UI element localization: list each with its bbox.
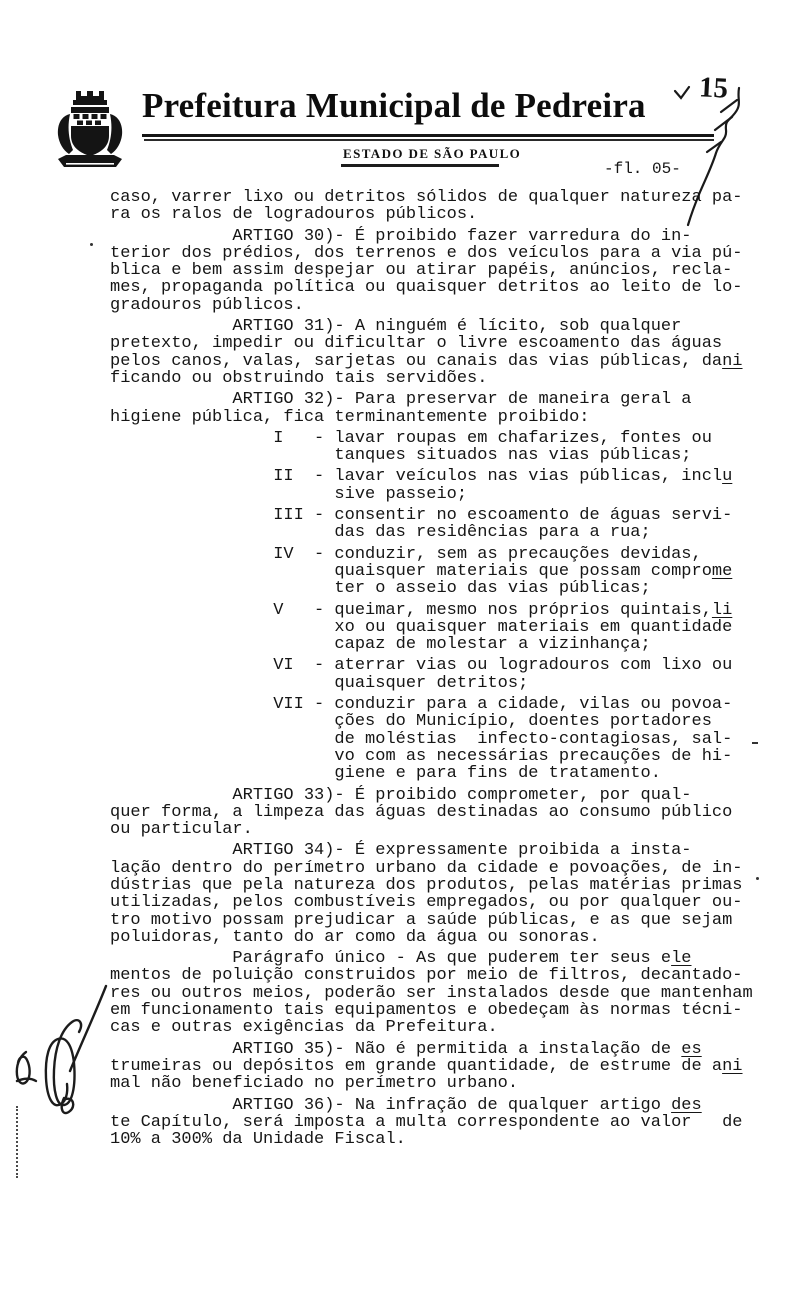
doc-line: utilizadas, pelos combustíveis empregado…	[110, 894, 753, 911]
doc-line: mentos de poluição construidos por meio …	[110, 967, 753, 984]
dotted-margin-line	[16, 1106, 18, 1178]
doc-line: 10% a 300% da Unidade Fiscal.	[110, 1131, 753, 1148]
letterhead-state-rule	[341, 164, 499, 167]
doc-line: ARTIGO 35)- Não é permitida a instalação…	[110, 1041, 753, 1058]
doc-line: lação dentro do perímetro urbano da cida…	[110, 860, 753, 877]
doc-line: ou particular.	[110, 821, 753, 838]
doc-line: gradouros públicos.	[110, 297, 753, 314]
doc-line: ARTIGO 36)- Na infração de qualquer arti…	[110, 1097, 753, 1114]
doc-line: ficando ou obstruindo tais servidões.	[110, 370, 753, 387]
doc-line: ARTIGO 33)- É proibido comprometer, por …	[110, 787, 753, 804]
doc-line: VII - conduzir para a cidade, vilas ou p…	[110, 696, 753, 713]
doc-line: xo ou quaisquer materiais em quantidade	[110, 619, 753, 636]
doc-line: ARTIGO 30)- É proibido fazer varredura d…	[110, 228, 753, 245]
doc-line: vo com as necessárias precauções de hi-	[110, 748, 753, 765]
doc-line: I - lavar roupas em chafarizes, fontes o…	[110, 430, 753, 447]
doc-line: II - lavar veículos nas vias públicas, i…	[110, 468, 753, 485]
artigo-34: ARTIGO 34)- É expressamente proibida a i…	[110, 842, 753, 946]
doc-line: cas e outras exigências da Prefeitura.	[110, 1019, 753, 1036]
doc-line: III - consentir no escoamento de águas s…	[110, 507, 753, 524]
artigo-33: ARTIGO 33)- É proibido comprometer, por …	[110, 787, 753, 839]
document-body: caso, varrer lixo ou detritos sólidos de…	[110, 189, 753, 1152]
doc-line: mes, propaganda política ou quaisquer de…	[110, 279, 753, 296]
doc-line: ARTIGO 31)- A ninguém é lícito, sob qual…	[110, 318, 753, 335]
item-ii: II - lavar veículos nas vias públicas, i…	[110, 468, 753, 503]
doc-line: VI - aterrar vias ou logradouros com lix…	[110, 657, 753, 674]
scanned-document-page: Prefeitura Municipal de Pedreira ESTADO …	[0, 0, 800, 1302]
scan-speck	[752, 742, 758, 744]
doc-line: tro motivo possam prejudicar a saúde púb…	[110, 912, 753, 929]
item-i: I - lavar roupas em chafarizes, fontes o…	[110, 430, 753, 465]
doc-line: das das residências para a rua;	[110, 524, 753, 541]
item-v: V - queimar, mesmo nos próprios quintais…	[110, 602, 753, 654]
doc-line: mal não beneficiado no perímetro urbano.	[110, 1075, 753, 1092]
doc-line: quaisquer materiais que possam comprome	[110, 563, 753, 580]
doc-line: sive passeio;	[110, 486, 753, 503]
doc-line: ra os ralos de logradouros públicos.	[110, 206, 753, 223]
continuation-paragraph: caso, varrer lixo ou detritos sólidos de…	[110, 189, 753, 224]
doc-line: blica e bem assim despejar ou atirar pap…	[110, 262, 753, 279]
artigo-35: ARTIGO 35)- Não é permitida a instalação…	[110, 1041, 753, 1093]
scan-speck	[90, 243, 93, 246]
doc-line: em funcionamento tais equipamentos e obe…	[110, 1002, 753, 1019]
item-iii: III - consentir no escoamento de águas s…	[110, 507, 753, 542]
doc-line: ARTIGO 34)- É expressamente proibida a i…	[110, 842, 753, 859]
doc-line: quer forma, a limpeza das águas destinad…	[110, 804, 753, 821]
artigo-36: ARTIGO 36)- Na infração de qualquer arti…	[110, 1097, 753, 1149]
doc-line: higiene pública, fica terminantemente pr…	[110, 409, 753, 426]
artigo-32: ARTIGO 32)- Para preservar de maneira ge…	[110, 391, 753, 426]
doc-line: trumeiras ou depósitos em grande quantid…	[110, 1058, 753, 1075]
doc-line: quaisquer detritos;	[110, 675, 753, 692]
doc-line: tanques situados nas vias públicas;	[110, 447, 753, 464]
doc-line: V - queimar, mesmo nos próprios quintais…	[110, 602, 753, 619]
artigo-31: ARTIGO 31)- A ninguém é lícito, sob qual…	[110, 318, 753, 387]
doc-line: terior dos prédios, dos terrenos e dos v…	[110, 245, 753, 262]
doc-line: ções do Município, doentes portadores	[110, 713, 753, 730]
item-vi: VI - aterrar vias ou logradouros com lix…	[110, 657, 753, 692]
artigo-30: ARTIGO 30)- É proibido fazer varredura d…	[110, 228, 753, 314]
doc-line: dústrias que pela natureza dos produtos,…	[110, 877, 753, 894]
doc-line: Parágrafo único - As que puderem ter seu…	[110, 950, 753, 967]
doc-line: te Capítulo, será imposta a multa corres…	[110, 1114, 753, 1131]
doc-line: res ou outros meios, poderão ser instala…	[110, 985, 753, 1002]
coat-of-arms-icon	[46, 84, 134, 181]
letterhead-rule	[142, 134, 714, 137]
letterhead-rule	[144, 139, 714, 141]
doc-line: pretexto, impedir ou dificultar o livre …	[110, 335, 753, 352]
handwritten-signature-icon	[2, 940, 137, 1185]
doc-line: IV - conduzir, sem as precauções devidas…	[110, 546, 753, 563]
doc-line: caso, varrer lixo ou detritos sólidos de…	[110, 189, 753, 206]
scan-speck	[756, 877, 759, 880]
doc-line: giene e para fins de tratamento.	[110, 765, 753, 782]
letterhead-state-line: ESTADO DE SÃO PAULO	[343, 146, 521, 162]
doc-line: capaz de molestar a vizinhança;	[110, 636, 753, 653]
doc-line: de moléstias infecto-contagiosas, sal-	[110, 731, 753, 748]
doc-line: pelos canos, valas, sarjetas ou canais d…	[110, 353, 753, 370]
paragrafo-unico: Parágrafo único - As que puderem ter seu…	[110, 950, 753, 1036]
item-vii: VII - conduzir para a cidade, vilas ou p…	[110, 696, 753, 782]
letterhead-title: Prefeitura Municipal de Pedreira	[142, 86, 646, 126]
item-iv: IV - conduzir, sem as precauções devidas…	[110, 546, 753, 598]
doc-line: ter o asseio das vias públicas;	[110, 580, 753, 597]
doc-line: poluidoras, tanto do ar como da água ou …	[110, 929, 753, 946]
doc-line: ARTIGO 32)- Para preservar de maneira ge…	[110, 391, 753, 408]
